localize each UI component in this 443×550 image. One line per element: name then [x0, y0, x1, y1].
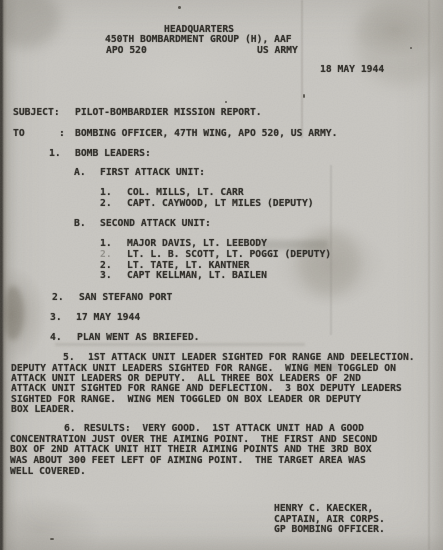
item-1-number: 1.	[49, 148, 61, 159]
paragraph-6-line: WAS ABOUT 300 FEET LEFT OF AIMING POINT.…	[10, 455, 366, 466]
document-page: HEADQUARTERS 450TH BOMBARDMENT GROUP (H)…	[0, 0, 443, 550]
unit-b-sub-2-number: 2.	[100, 249, 112, 260]
paper-speck	[178, 6, 181, 9]
unit-b-sub-1-text: MAJOR DAVIS, LT. LEEBODY	[127, 238, 267, 249]
unit-a-sub-2-text: CAPT. CAYWOOD, LT MILES (DEPUTY)	[127, 198, 314, 209]
subject-label: SUBJECT:	[13, 107, 60, 118]
unit-b-title: SECOND ATTACK UNIT:	[100, 218, 211, 229]
paragraph-6-line: WELL COVERED.	[10, 466, 86, 477]
unit-a-letter: A.	[74, 167, 86, 178]
item-2-text: SAN STEFANO PORT	[79, 292, 172, 303]
unit-a-title: FIRST ATTACK UNIT:	[100, 167, 205, 178]
paragraph-5-number: 5.	[63, 352, 75, 363]
ink-smudge	[55, 343, 305, 346]
header-group: 450TH BOMBARDMENT GROUP (H), AAF	[105, 34, 292, 45]
paper-crease	[428, 0, 430, 550]
item-4-text: PLAN WENT AS BRIEFED.	[77, 332, 199, 343]
paper-speck	[303, 94, 305, 98]
to-colon: :	[59, 128, 65, 139]
header-apo: APO 520	[106, 45, 147, 56]
item-1-text: BOMB LEADERS:	[75, 148, 151, 159]
paper-crease	[301, 0, 303, 138]
item-3-text: 17 MAY 1944	[76, 312, 140, 323]
paragraph-5-line: BOX LEADER.	[11, 404, 75, 415]
unit-a-sub-2-number: 2.	[100, 198, 112, 209]
header-us-army: US ARMY	[257, 45, 298, 56]
unit-b-letter: B.	[74, 218, 86, 229]
document-date: 18 MAY 1944	[320, 64, 384, 75]
paragraph-5-line: 1ST ATTACK UNIT LEADER SIGHTED FOR RANGE…	[88, 352, 415, 363]
signature-title: GP BOMBING OFFICER.	[274, 524, 385, 535]
paper-speck	[225, 101, 227, 103]
paper-speck	[410, 47, 412, 49]
unit-b-sub-1-number: 1.	[100, 238, 112, 249]
item-2-number: 2.	[52, 292, 64, 303]
paragraph-6-line: RESULTS: VERY GOOD. 1ST ATTACK UNIT HAD …	[84, 423, 364, 434]
unit-b-sub-4-number: 3.	[100, 270, 112, 281]
to-label: TO	[13, 128, 25, 139]
subject-value: PILOT-BOMBARDIER MISSION REPORT.	[75, 107, 262, 118]
unit-b-sub-2-text: LT. L. B. SCOTT, LT. POGGI (DEPUTY)	[127, 249, 331, 260]
paragraph-6-number: 6.	[64, 423, 76, 434]
paragraph-6-line: BOX OF 2ND ATTACK UNIT HIT THEIR AIMING …	[10, 444, 372, 455]
paper-speck	[50, 538, 54, 540]
to-value: BOMBING OFFICER, 47TH WING, APO 520, US …	[75, 128, 337, 139]
unit-a-sub-1-number: 1.	[100, 187, 112, 198]
item-4-number: 4.	[50, 332, 62, 343]
signature-name: HENRY C. KAECKER,	[274, 503, 373, 514]
unit-a-sub-1-text: COL. MILLS, LT. CARR	[127, 187, 244, 198]
paragraph-5-line: ATTACK UNIT SIGHTED FOR RANGE AND DEFLEC…	[11, 383, 402, 394]
item-3-number: 3.	[50, 312, 62, 323]
unit-b-sub-4-text: CAPT KELLMAN, LT. BAILEN	[127, 270, 267, 281]
